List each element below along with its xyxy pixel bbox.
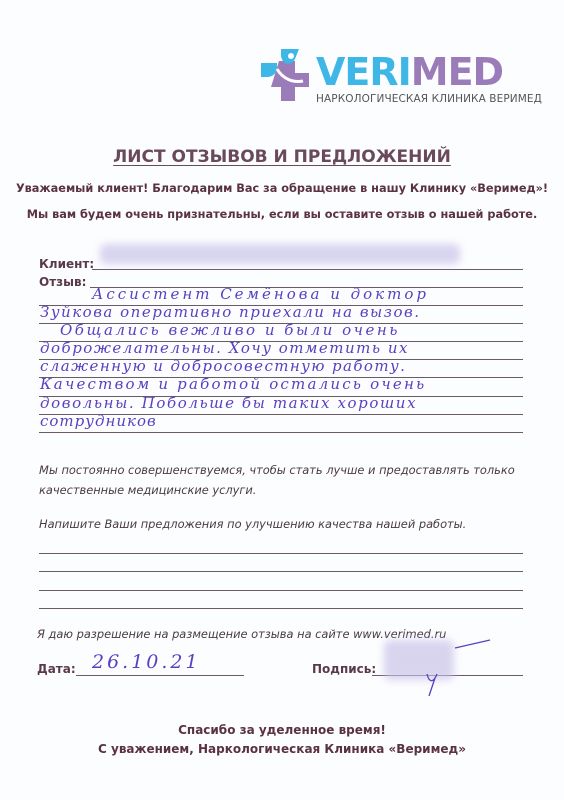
suggestion-line-4[interactable] <box>39 608 523 609</box>
greeting-line-2: Мы вам будем очень признательны, если вы… <box>0 208 564 221</box>
suggestion-line-2[interactable] <box>39 571 523 572</box>
review-line-8 <box>39 432 523 433</box>
suggestions-prompt: Напишите Ваши предложения по улучшению к… <box>39 517 466 531</box>
brand-wordmark: VERIMED <box>316 52 503 92</box>
date-label: Дата: <box>37 662 76 676</box>
date-line <box>76 675 244 676</box>
suggestion-line-1[interactable] <box>39 553 523 554</box>
form-title: ЛИСТ ОТЗЫВОВ И ПРЕДЛОЖЕНИЙ <box>0 147 564 167</box>
brand-part-med: MED <box>411 50 503 94</box>
brand-part-veri: VERI <box>316 50 411 94</box>
review-handwriting-2: Зуйкова оперативно приехали на вызов. <box>40 303 420 321</box>
greeting-line-1: Уважаемый клиент! Благодарим Вас за обра… <box>0 182 564 195</box>
client-label: Клиент: <box>39 257 94 271</box>
medical-cross-person-icon <box>259 47 313 103</box>
signature-stroke-icon <box>385 630 495 700</box>
review-handwriting-4: доброжелательны. Хочу отметить их <box>40 339 409 357</box>
footer-thanks: Спасибо за уделенное время! <box>0 723 564 737</box>
review-handwriting-5: слаженную и добросовестную работу. <box>40 357 406 375</box>
signature-label: Подпись: <box>312 662 376 676</box>
client-name-redacted <box>100 244 460 264</box>
review-handwriting-6: Качеством и работой остались очень <box>40 375 426 393</box>
footer-regards: С уважением, Наркологическая Клиника «Ве… <box>0 742 564 756</box>
client-line <box>92 269 523 270</box>
feedback-form-page: VERIMED НАРКОЛОГИЧЕСКАЯ КЛИНИКА ВЕРИМЕД … <box>0 0 564 800</box>
review-label: Отзыв: <box>39 275 86 289</box>
review-handwriting-8: сотрудников <box>40 412 157 430</box>
improvement-note-line-1: Мы постоянно совершенствуемся, чтобы ста… <box>39 463 515 477</box>
improvement-note-line-2: качественные медицинские услуги. <box>39 483 256 497</box>
review-handwriting-3: Общались вежливо и были очень <box>60 321 400 339</box>
suggestion-line-3[interactable] <box>39 590 523 591</box>
brand-subtitle: НАРКОЛОГИЧЕСКАЯ КЛИНИКА ВЕРИМЕД <box>316 93 542 105</box>
review-handwriting-7: довольны. Побольше бы таких хороших <box>40 394 417 412</box>
review-handwriting-1: Ассистент Семёнова и доктор <box>92 285 429 303</box>
date-value: 26.10.21 <box>92 651 201 673</box>
